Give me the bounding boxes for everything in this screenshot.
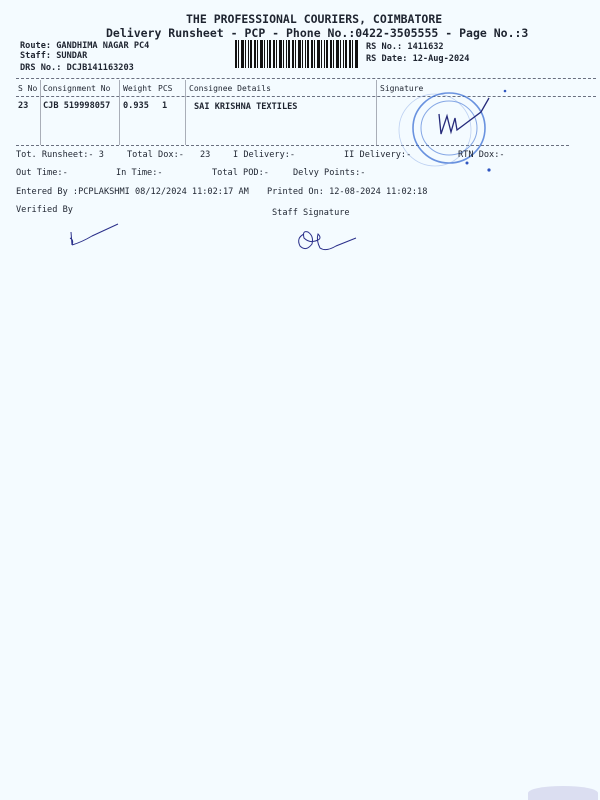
column-header-consignee: Consignee Details [189,84,271,93]
staff-label: Staff: SUNDAR [20,51,87,61]
ii-delivery: II Delivery:- [344,150,411,160]
cell-consignee: SAI KRISHNA TEXTILES [194,102,297,112]
scan-artifact [528,786,598,800]
cell-consignment-no: CJB 519998057 [43,101,110,111]
column-header-consignment: Consignment No [43,84,110,93]
divider [16,78,596,79]
staff-signature-label: Staff Signature [272,208,350,218]
column-divider [119,80,120,145]
cell-sno: 23 [18,101,28,111]
column-divider [40,80,41,145]
printed-on: Printed On: 12-08-2024 11:02:18 [267,187,427,197]
total-dox-value: 23 [200,150,210,160]
rtn-dox: RTN Dox:- [458,150,505,160]
route-label: Route: GANDHIMA NAGAR PC4 [20,41,149,51]
column-divider [376,80,377,145]
entered-by: Entered By :PCPLAKSHMI 08/12/2024 11:02:… [16,187,249,197]
total-dox-label: Total Dox:- [127,150,184,160]
cell-weight: 0.935 [123,101,149,111]
runsheet-subtitle: Delivery Runsheet - PCP - Phone No.:0422… [106,26,528,40]
verified-by-label: Verified By [16,205,73,215]
staff-signature-icon [296,226,360,256]
out-time: Out Time:- [16,168,68,178]
cell-pcs: 1 [162,101,167,111]
column-header-sno: S No [18,84,37,93]
tot-runsheet: Tot. Runsheet:- 3 [16,150,104,160]
verifier-signature-icon [68,222,128,252]
company-stamp-icon [405,88,515,178]
total-pod: Total POD:- [212,168,269,178]
column-header-weight: Weight [123,84,152,93]
barcode [235,40,359,68]
i-delivery: I Delivery:- [233,150,295,160]
delvy-points: Delvy Points:- [293,168,365,178]
drs-number: DRS No.: DCJB141163203 [20,63,134,73]
company-title: THE PROFESSIONAL COURIERS, COIMBATORE [186,12,442,26]
column-header-pcs: PCS [158,84,172,93]
rs-date: RS Date: 12-Aug-2024 [366,54,469,64]
in-time: In Time:- [116,168,163,178]
rs-number: RS No.: 1411632 [366,42,444,52]
column-divider [185,80,186,145]
